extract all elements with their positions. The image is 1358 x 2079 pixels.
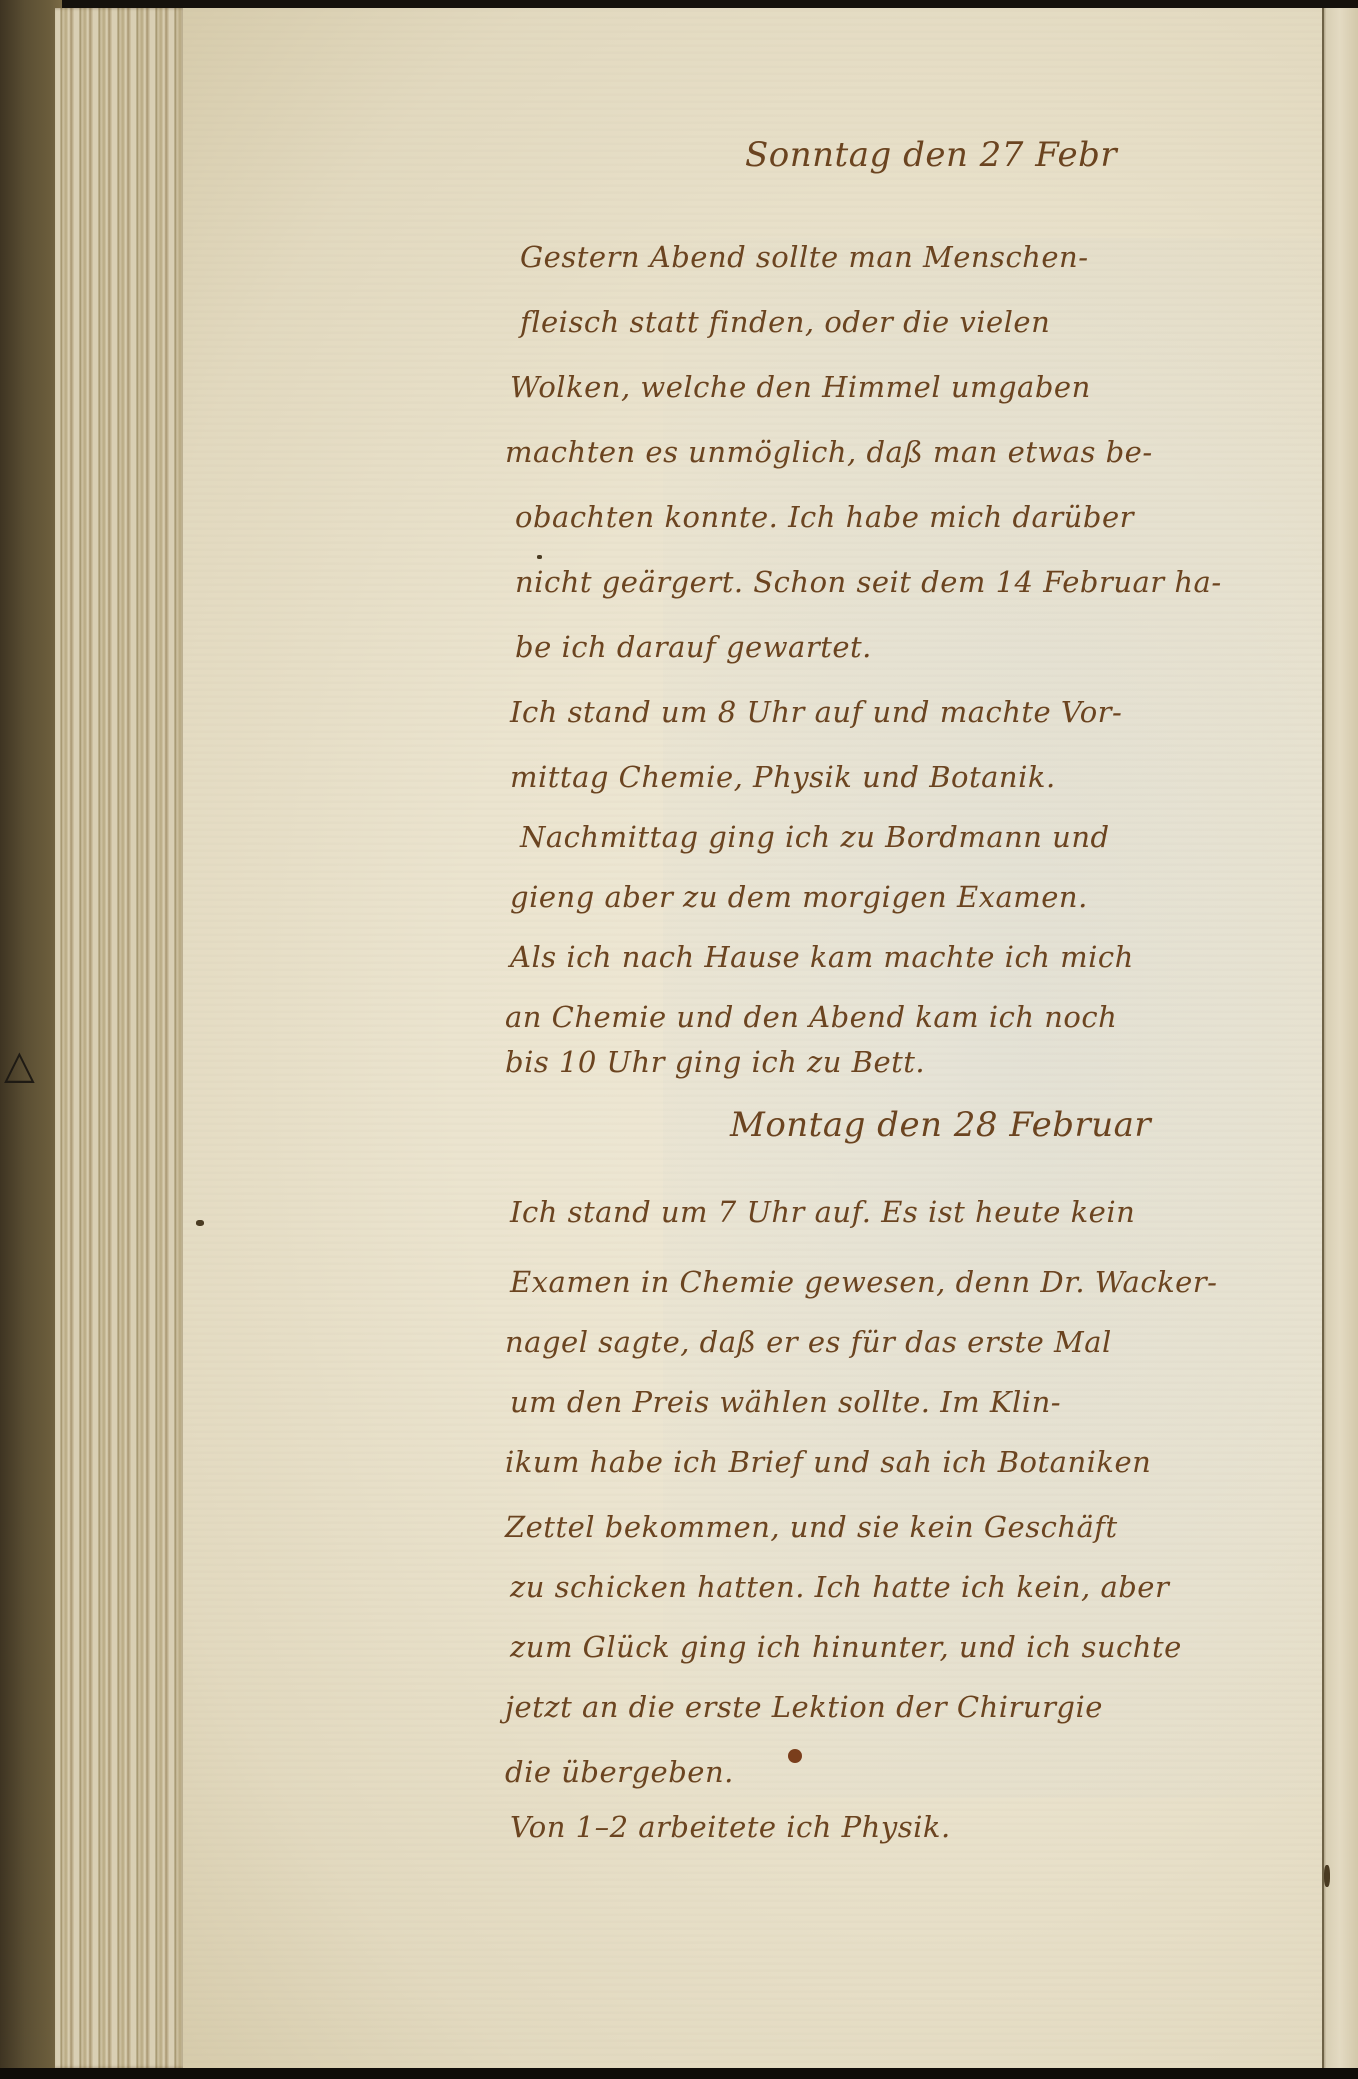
entry-line: bis 10 Uhr ging ich zu Bett. [505,1045,925,1079]
manuscript-scan: △ Sonntag den 27 Febr Gestern Abend soll… [0,0,1358,2079]
entry-line: be ich darauf gewartet. [515,630,872,664]
scan-top-border [0,0,1358,8]
entry-line: Examen in Chemie gewesen, denn Dr. Wacke… [510,1265,1217,1299]
entry-line: Gestern Abend sollte man Menschen- [520,240,1089,274]
entry-line: machten es unmöglich, daß man etwas be- [505,435,1153,469]
stacked-page-edges [55,8,185,2068]
gutter-mark [1324,1865,1330,1887]
entry-line: ikum habe ich Brief und sah ich Botanike… [505,1445,1151,1479]
facing-page-gutter [1322,8,1358,2070]
entry-heading: Montag den 28 Februar [730,1105,1151,1145]
entry-line: Zettel bekommen, und sie kein Geschäft [505,1510,1118,1544]
entry-line: mittag Chemie, Physik und Botanik. [510,760,1056,794]
entry-line: Ich stand um 7 Uhr auf. Es ist heute kei… [510,1195,1135,1229]
entry-line: jetzt an die erste Lektion der Chirurgie [505,1690,1103,1724]
entry-line: Ich stand um 8 Uhr auf und machte Vor- [510,695,1122,729]
entry-line: zum Glück ging ich hinunter, und ich suc… [510,1630,1182,1664]
entry-line: um den Preis wählen sollte. Im Klin- [510,1385,1061,1419]
entry-line: nagel sagte, daß er es für das erste Mal [505,1325,1112,1359]
entry-line: Als ich nach Hause kam machte ich mich [510,940,1134,974]
entry-line: Wolken, welche den Himmel umgaben [510,370,1091,404]
entry-line: an Chemie und den Abend kam ich noch [505,1000,1117,1034]
entry-line: nicht geärgert. Schon seit dem 14 Februa… [515,565,1222,599]
entry-line: Nachmittag ging ich zu Bordmann und [520,820,1110,854]
entry-line: gieng aber zu dem morgigen Examen. [510,880,1088,914]
entry-line: fleisch statt finden, oder die vielen [520,305,1050,339]
entry-line: Von 1–2 arbeitete ich Physik. [510,1810,951,1844]
ink-stain [788,1749,802,1763]
cover-mark-icon: △ [4,1040,38,1090]
paper-speck [537,555,542,559]
entry-line: zu schicken hatten. Ich hatte ich kein, … [510,1570,1169,1604]
paper-speck [196,1220,204,1226]
entry-line: obachten konnte. Ich habe mich darüber [515,500,1134,534]
scan-bottom-border [0,2068,1358,2079]
book-cover-edge: △ [0,0,62,2079]
entry-line: die übergeben. [505,1755,734,1789]
entry-heading: Sonntag den 27 Febr [745,135,1117,175]
